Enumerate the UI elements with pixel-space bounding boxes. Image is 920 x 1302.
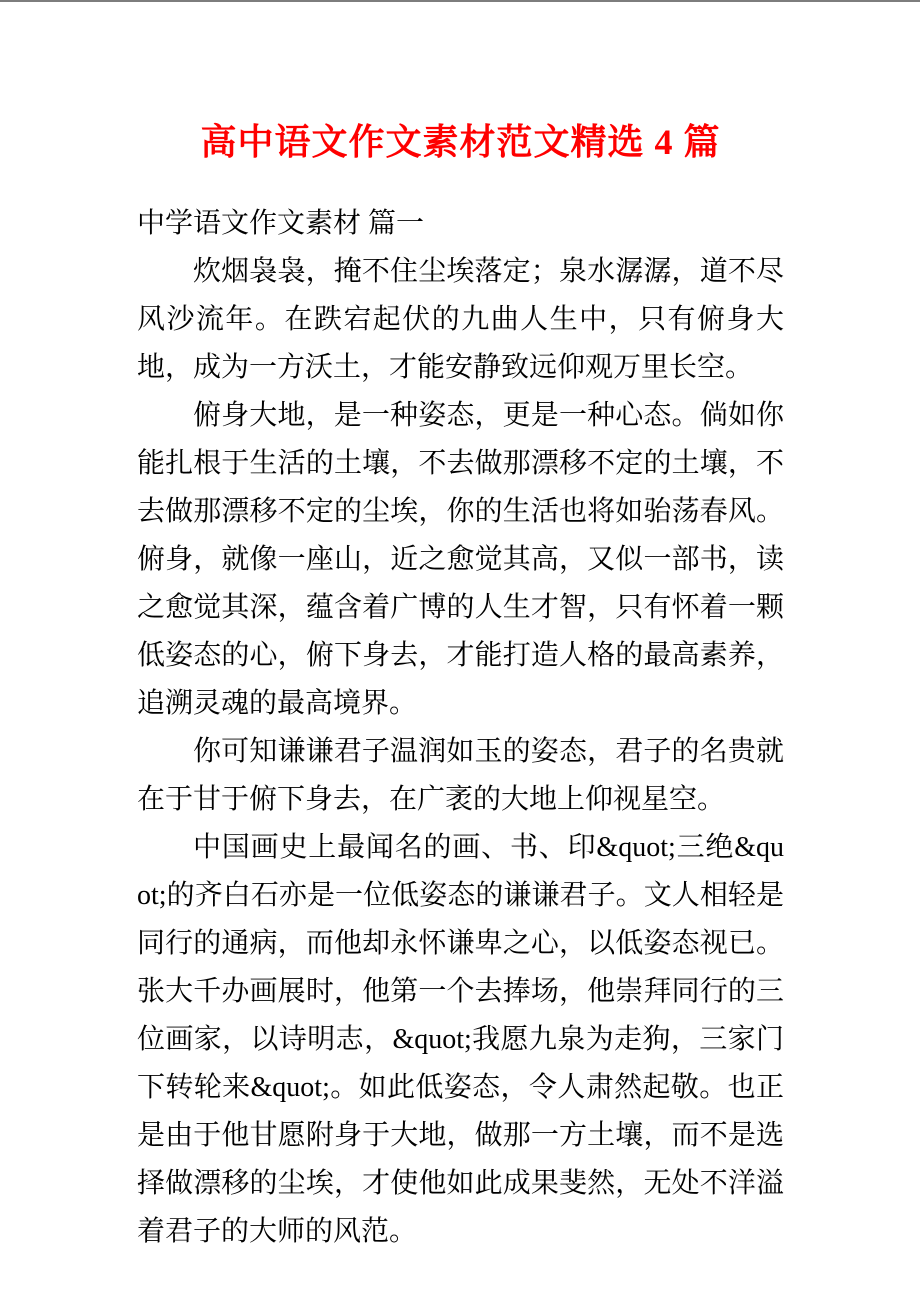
paragraph-3: 你可知谦谦君子温润如玉的姿态，君子的名贵就在于甘于俯下身去，在广袤的大地上仰视星… [137,728,784,824]
paragraph-1: 炊烟袅袅，掩不住尘埃落定；泉水潺潺，道不尽风沙流年。在跌宕起伏的九曲人生中，只有… [137,248,784,392]
document-title: 高中语文作文素材范文精选 4 篇 [137,114,784,170]
paragraph-2: 俯身大地，是一种姿态，更是一种心态。倘如你能扎根于生活的土壤，不去做那漂移不定的… [137,392,784,728]
document-page-background: { "doc": { "title": "高中语文作文素材范文精选 4 篇", … [0,0,920,1302]
paragraph-4: 中国画史上最闻名的画、书、印&quot;三绝&quot;的齐白石亦是一位低姿态的… [137,824,784,1256]
document-page: 高中语文作文素材范文精选 4 篇 中学语文作文素材 篇一 炊烟袅袅，掩不住尘埃落… [0,2,920,1302]
section-heading: 中学语文作文素材 篇一 [137,200,784,248]
